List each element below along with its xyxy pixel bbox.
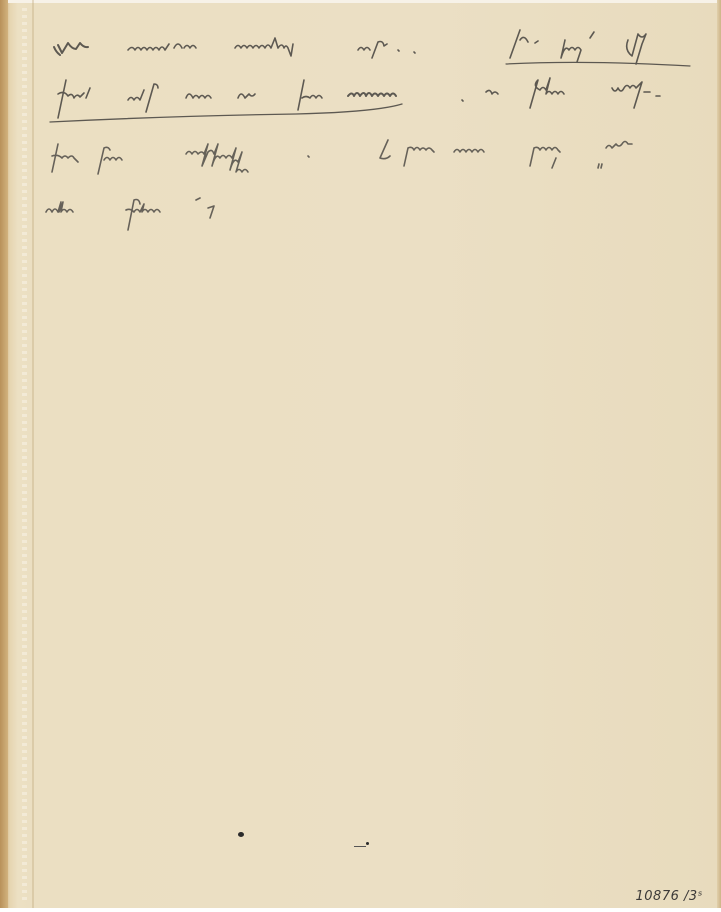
handwriting-line-2 (50, 78, 660, 122)
ink-speck (238, 832, 244, 837)
page-bottom-edge (0, 908, 721, 912)
archive-number-label: 10876 /3ˢ (636, 889, 704, 904)
handwriting-line-1 (54, 30, 690, 66)
handwriting-line-3 (52, 140, 632, 174)
handwriting-line-4 (46, 198, 214, 230)
handwriting-strokes (0, 0, 721, 912)
ink-speck (366, 842, 369, 845)
ink-mark (354, 846, 366, 847)
manuscript-page: Das vermocht die unmittelbare nicht. Sie… (0, 0, 721, 912)
